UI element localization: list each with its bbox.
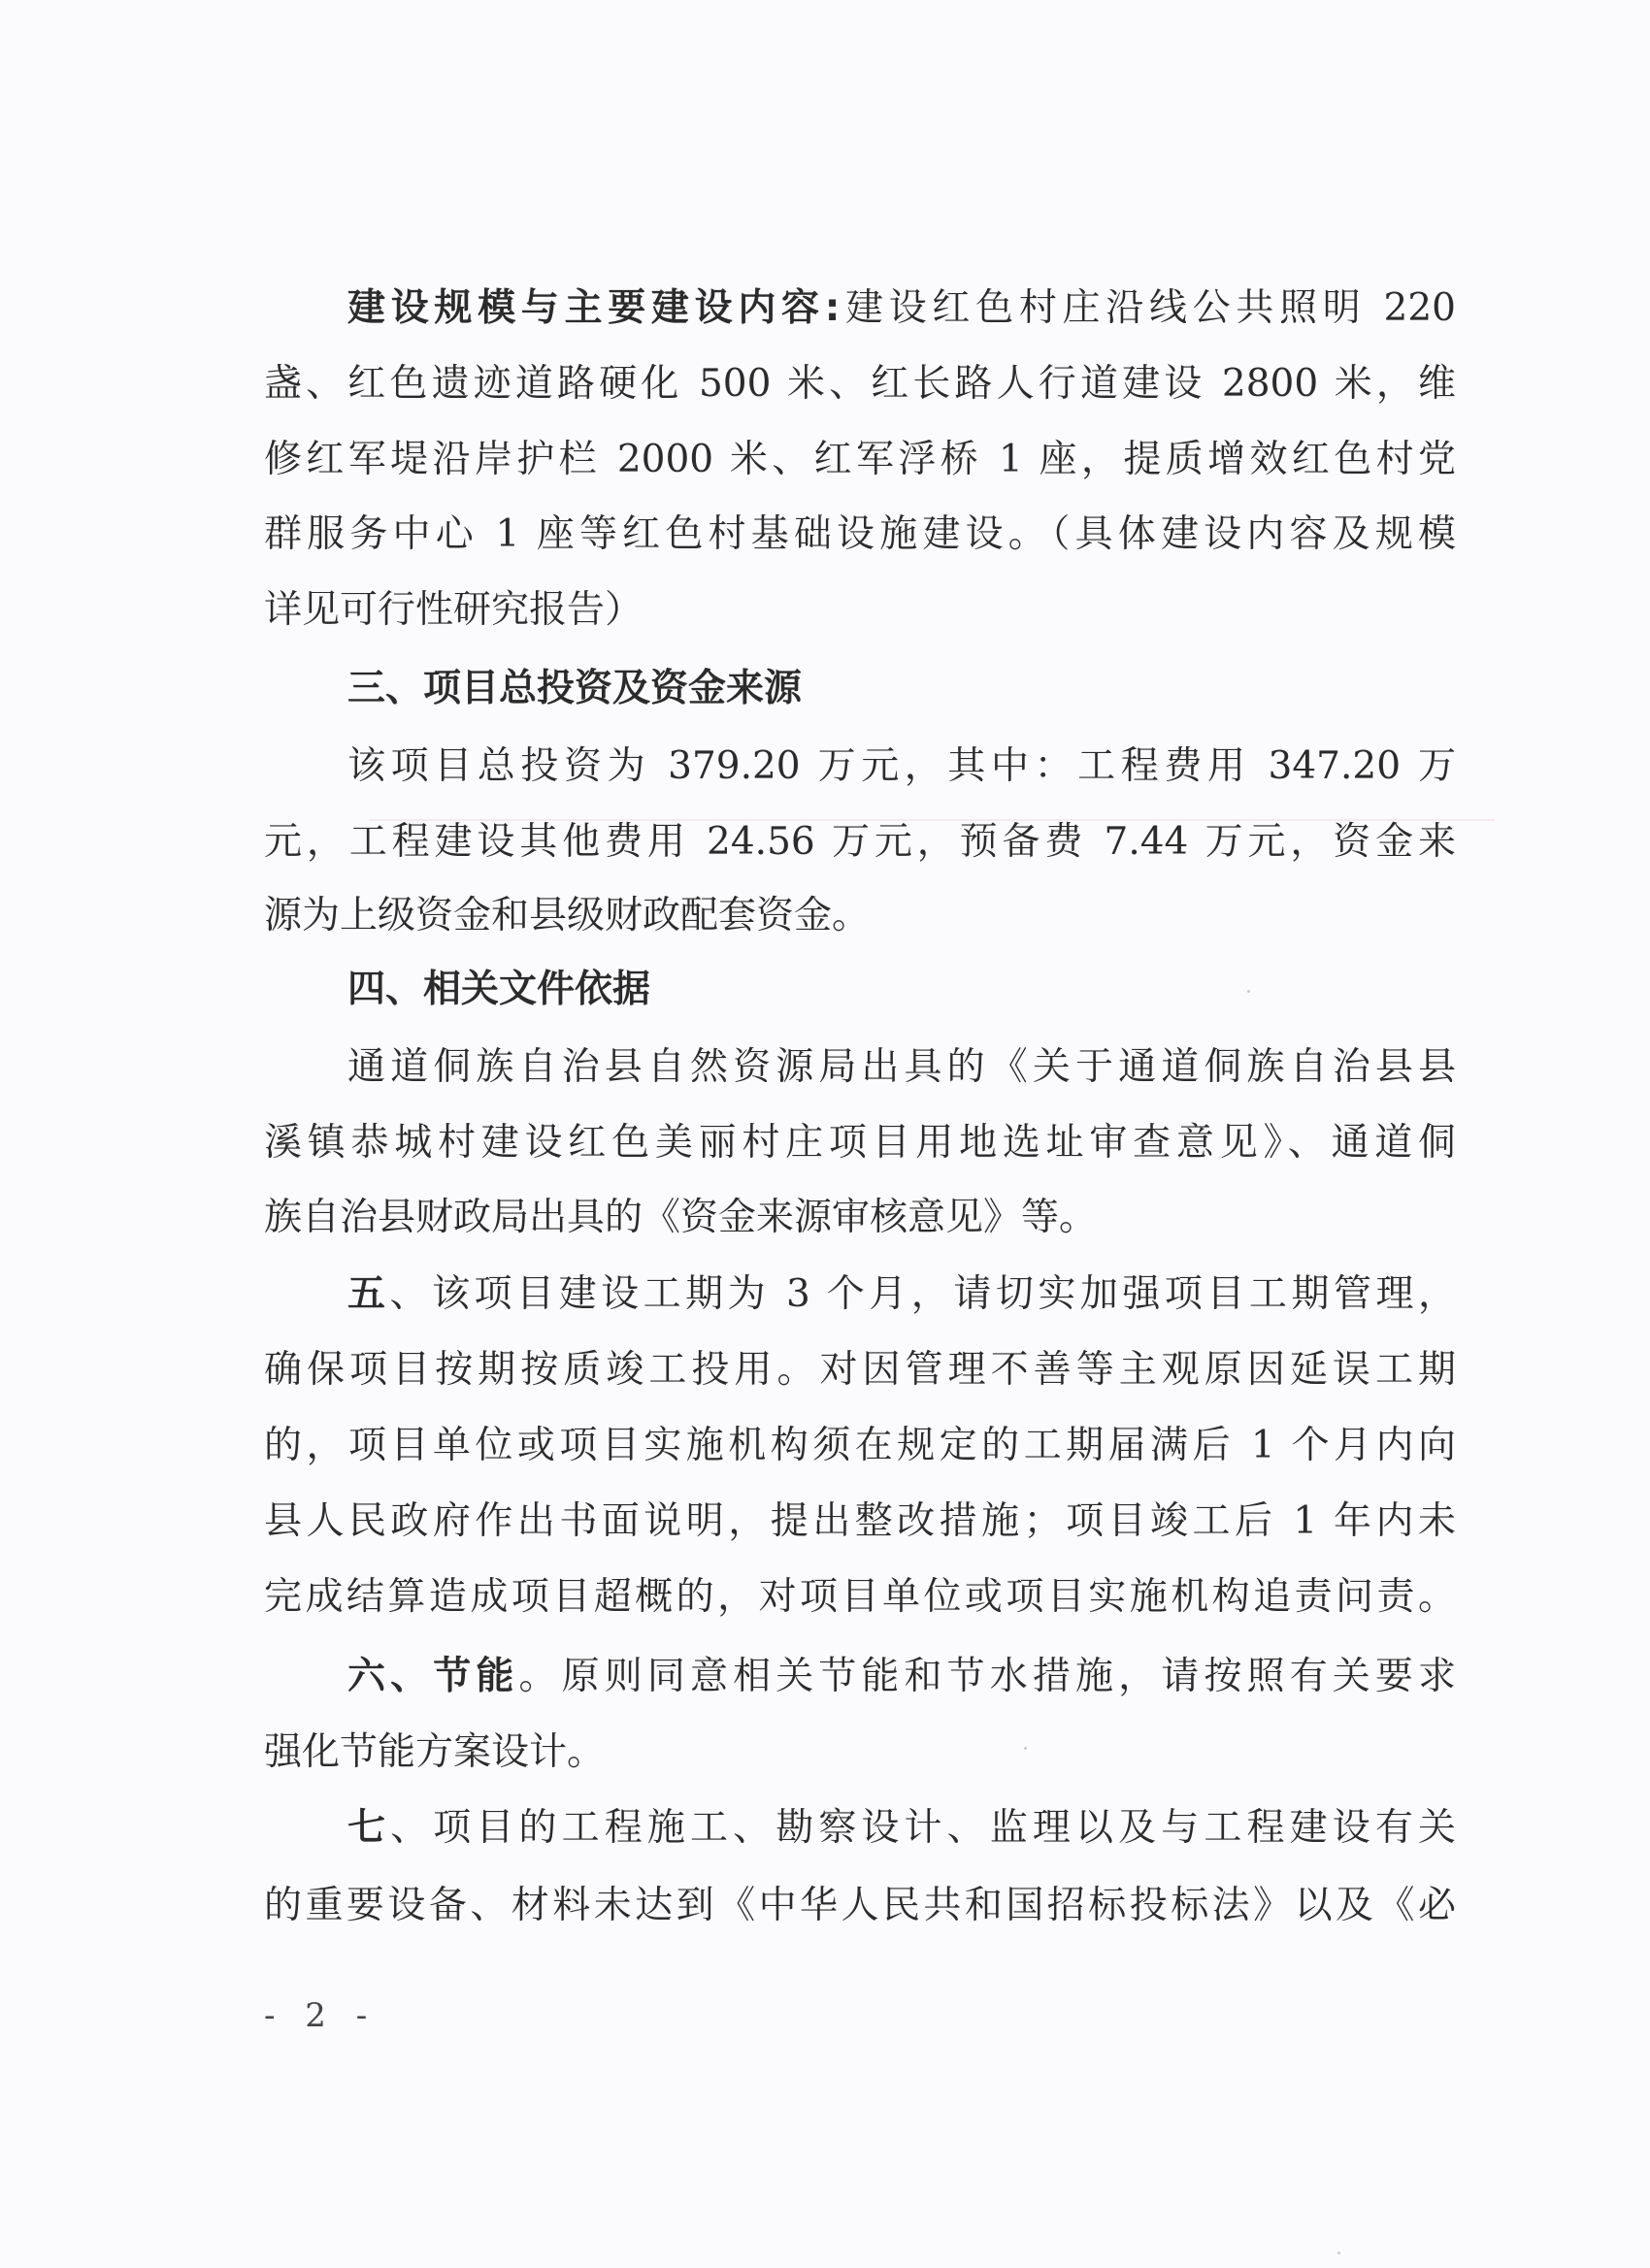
paragraph-documents-line-1: 通道侗族自治县自然资源局出具的《关于通道侗族自治县县 [347, 1030, 1456, 1105]
page-number: - 2 - [264, 1991, 377, 2040]
scan-speck [1337, 2252, 1340, 2254]
section-5-line-1: 五、该项目建设工期为 3 个月，请切实加强项目工期管理， [347, 1257, 1456, 1332]
paragraph-scale-line-1: 建设规模与主要建设内容:建设红色村庄沿线公共照明 220 [347, 271, 1456, 346]
scale-lead: 建设规模与主要建设内容: [347, 286, 840, 330]
paragraph-documents-line-3: 族自治县财政局出具的《资金来源审核意见》等。 [264, 1180, 1456, 1256]
section-7-lead: 七 [347, 1806, 390, 1850]
section-5-line-2: 确保项目按期按质竣工投用。对因管理不善等主观原因延误工期 [264, 1332, 1456, 1408]
paragraph-scale-line-3: 修红军堤沿岸护栏 2000 米、红军浮桥 1 座，提质增效红色村党 [264, 422, 1456, 498]
section-6-line-1: 六、节能。原则同意相关节能和节水措施，请按照有关要求 [347, 1639, 1456, 1715]
paragraph-investment-line-2: 元，工程建设其他费用 24.56 万元，预备费 7.44 万元，资金来 [264, 805, 1456, 880]
section-5-line-5: 完成结算造成项目超概的，对项目单位或项目实施机构追责问责。 [264, 1560, 1456, 1635]
scan-speck [1024, 1747, 1027, 1750]
scan-speck [1247, 990, 1250, 993]
section-heading-3: 三、项目总投资及资金来源 [347, 651, 1456, 727]
section-5-line-3: 的，项目单位或项目实施机构须在规定的工期届满后 1 个月内向 [264, 1408, 1456, 1484]
section-5-line-4: 县人民政府作出书面说明，提出整改措施；项目竣工后 1 年内未 [264, 1484, 1456, 1560]
paragraph-scale-line-2: 盏、红色遗迹道路硬化 500 米、红长路人行道建设 2800 米，维 [264, 346, 1456, 422]
paragraph-investment-line-3: 源为上级资金和县级财政配套资金。 [264, 878, 1456, 954]
section-6-line-2: 强化节能方案设计。 [264, 1715, 1456, 1791]
section-heading-4: 四、相关文件依据 [347, 952, 1456, 1028]
section-7-line-1: 七、项目的工程施工、勘察设计、监理以及与工程建设有关 [347, 1791, 1456, 1866]
paragraph-documents-line-2: 溪镇恭城村建设红色美丽村庄项目用地选址审查意见》、通道侗 [264, 1105, 1456, 1181]
paragraph-investment-line-1: 该项目总投资为 379.20 万元，其中：工程费用 347.20 万 [347, 729, 1456, 805]
section-5-lead: 五 [347, 1272, 390, 1316]
paragraph-scale-line-5: 详见可行性研究报告） [264, 573, 1456, 648]
paragraph-scale-line-4: 群服务中心 1 座等红色村基础设施建设。（具体建设内容及规模 [264, 497, 1456, 573]
section-6-lead: 六、节能 [347, 1655, 518, 1698]
section-7-line-2: 的重要设备、材料未达到《中华人民共和国招标投标法》以及《必 [264, 1868, 1456, 1944]
